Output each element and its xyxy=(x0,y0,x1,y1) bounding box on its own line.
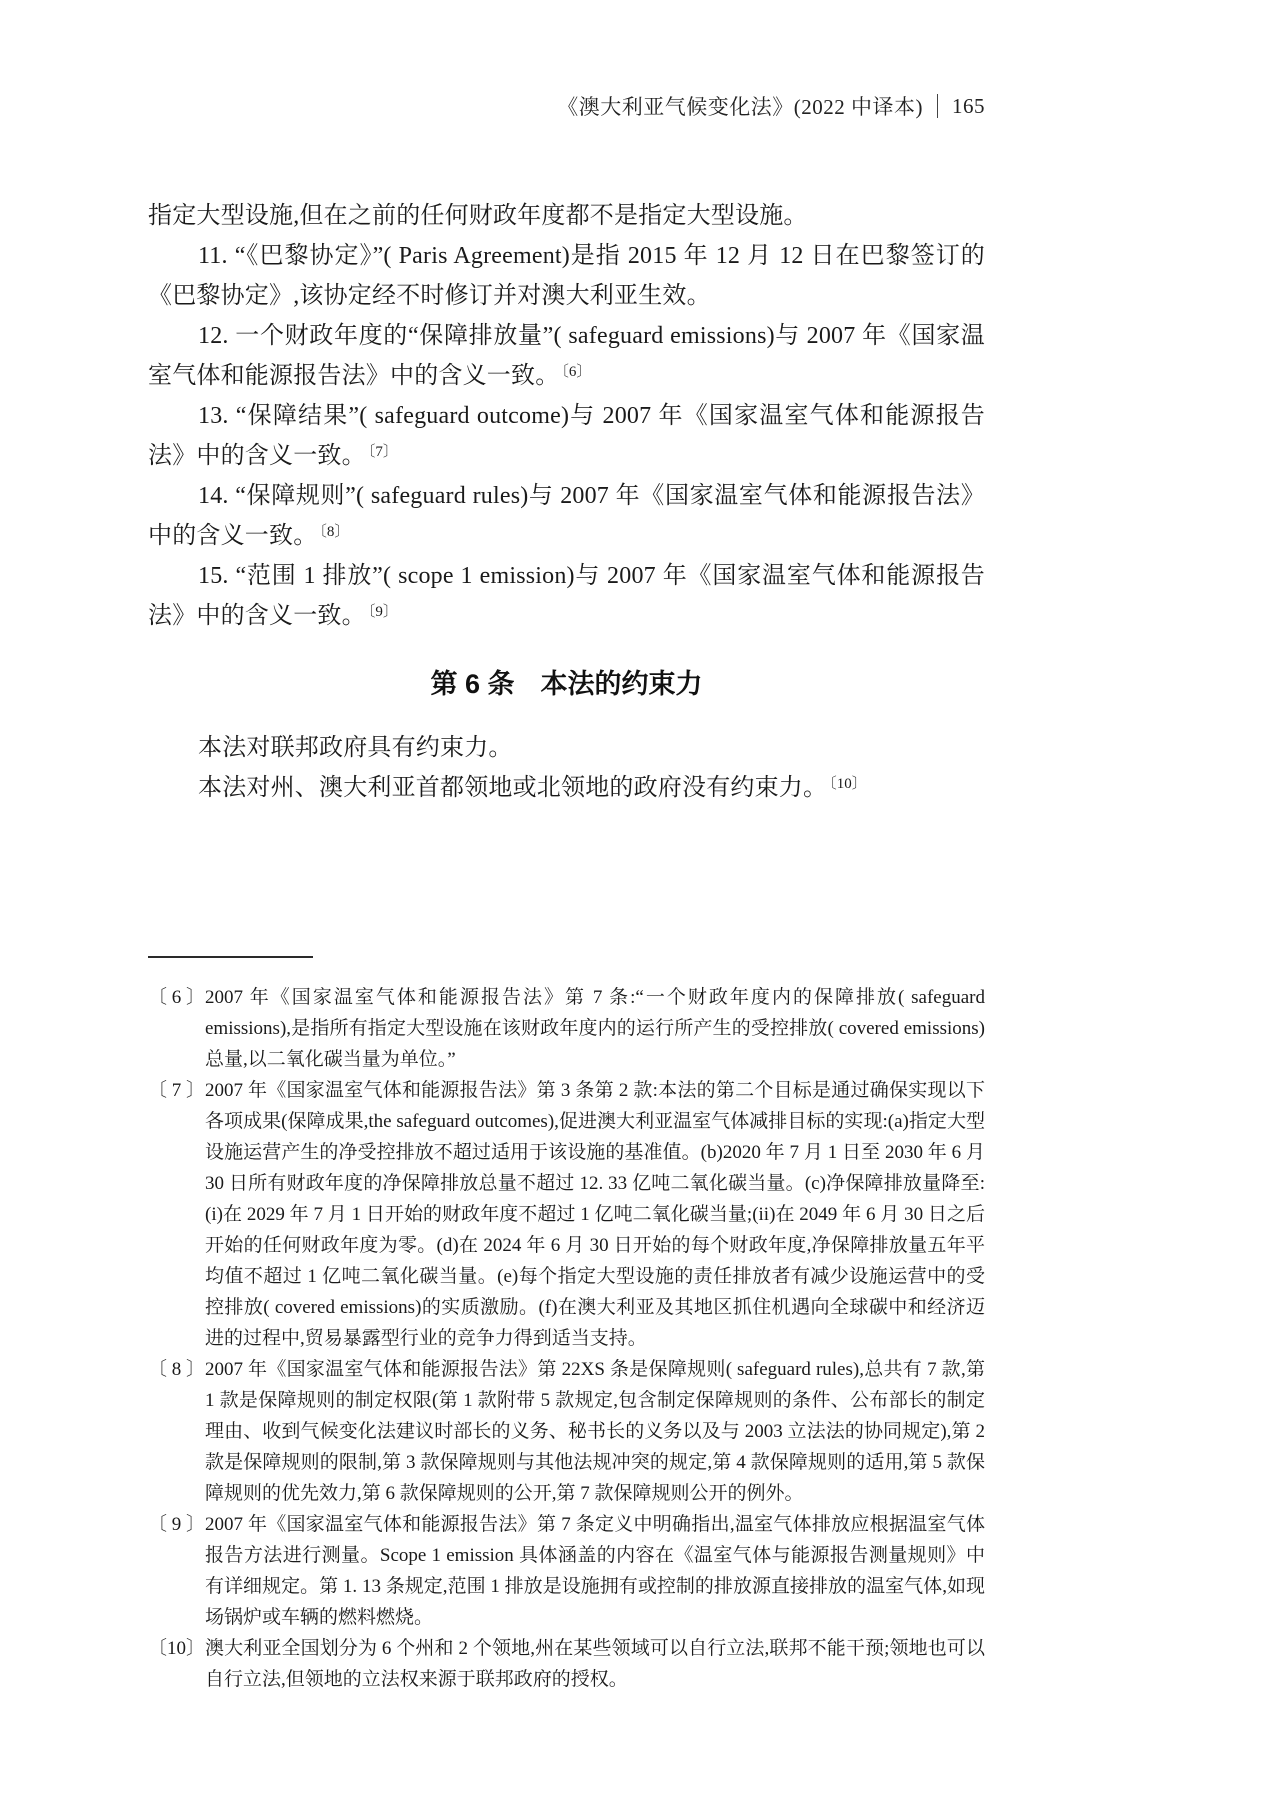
footnote-text: 2007 年《国家温室气体和能源报告法》第 7 条:“一个财政年度内的保障排放(… xyxy=(205,987,985,1070)
footnote-marker: 〔10〕 xyxy=(148,1633,205,1664)
section-paragraph-2: 本法对州、澳大利亚首都领地或北领地的政府没有约束力。〔10〕 xyxy=(148,768,985,808)
paragraph-text: 本法对联邦政府具有约束力。 xyxy=(198,735,513,761)
paragraph-text: 15. “范围 1 排放”( scope 1 emission)与 2007 年… xyxy=(148,563,985,629)
footnote-marker: 〔 8 〕 xyxy=(148,1354,205,1385)
paragraph-text: 本法对州、澳大利亚首都领地或北领地的政府没有约束力。 xyxy=(198,775,827,801)
footnote-marker: 〔 9 〕 xyxy=(148,1509,205,1540)
article-number: 第 6 条 xyxy=(430,669,514,699)
footnote-ref-7: 〔7〕 xyxy=(368,444,398,460)
footnote-item-6: 〔 6 〕 2007 年《国家温室气体和能源报告法》第 7 条:“一个财政年度内… xyxy=(148,982,985,1075)
page-number: 165 xyxy=(952,94,985,119)
article-heading: 第 6 条本法的约束力 xyxy=(148,664,985,704)
footnote-item-7: 〔 7 〕 2007 年《国家温室气体和能源报告法》第 3 条第 2 款:本法的… xyxy=(148,1075,985,1354)
footnote-text: 2007 年《国家温室气体和能源报告法》第 3 条第 2 款:本法的第二个目标是… xyxy=(205,1080,985,1349)
footnote-list: 〔 6 〕 2007 年《国家温室气体和能源报告法》第 7 条:“一个财政年度内… xyxy=(148,982,985,1695)
paragraph-item-12: 12. 一个财政年度的“保障排放量”( safeguard emissions)… xyxy=(148,316,985,396)
footnote-item-8: 〔 8 〕 2007 年《国家温室气体和能源报告法》第 22XS 条是保障规则(… xyxy=(148,1354,985,1509)
footnote-divider xyxy=(148,956,313,958)
header-divider xyxy=(937,94,938,118)
paragraph-item-11: 11. “《巴黎协定》”( Paris Agreement)是指 2015 年 … xyxy=(148,236,985,316)
footnote-item-10: 〔10〕 澳大利亚全国划分为 6 个州和 2 个领地,州在某些领域可以自行立法,… xyxy=(148,1633,985,1695)
document-page: 《澳大利亚气候变化法》(2022 中译本) 165 指定大型设施,但在之前的任何… xyxy=(0,0,1269,1804)
article-title: 本法的约束力 xyxy=(541,669,703,699)
running-header-title: 《澳大利亚气候变化法》(2022 中译本) xyxy=(557,91,923,121)
footnote-marker: 〔 7 〕 xyxy=(148,1075,205,1106)
footnote-ref-10: 〔10〕 xyxy=(829,776,867,792)
section-paragraph-1: 本法对联邦政府具有约束力。 xyxy=(148,728,985,768)
footnote-ref-6: 〔6〕 xyxy=(561,364,591,380)
footnote-text: 澳大利亚全国划分为 6 个州和 2 个领地,州在某些领域可以自行立法,联邦不能干… xyxy=(205,1638,985,1690)
footnote-text: 2007 年《国家温室气体和能源报告法》第 7 条定义中明确指出,温室气体排放应… xyxy=(205,1514,985,1628)
footnote-ref-8: 〔8〕 xyxy=(319,524,349,540)
paragraph-text: 13. “保障结果”( safeguard outcome)与 2007 年《国… xyxy=(148,403,985,469)
footnote-marker: 〔 6 〕 xyxy=(148,982,205,1013)
paragraph-text: 14. “保障规则”( safeguard rules)与 2007 年《国家温… xyxy=(148,483,985,549)
paragraph-continuation: 指定大型设施,但在之前的任何财政年度都不是指定大型设施。 xyxy=(148,196,985,236)
paragraph-text: 11. “《巴黎协定》”( Paris Agreement)是指 2015 年 … xyxy=(148,243,985,309)
footnote-ref-9: 〔9〕 xyxy=(368,604,398,620)
main-text: 指定大型设施,但在之前的任何财政年度都不是指定大型设施。 11. “《巴黎协定》… xyxy=(148,196,985,808)
paragraph-text: 指定大型设施,但在之前的任何财政年度都不是指定大型设施。 xyxy=(148,203,808,229)
running-header: 《澳大利亚气候变化法》(2022 中译本) 165 xyxy=(148,92,985,120)
paragraph-item-15: 15. “范围 1 排放”( scope 1 emission)与 2007 年… xyxy=(148,556,985,636)
footnote-item-9: 〔 9 〕 2007 年《国家温室气体和能源报告法》第 7 条定义中明确指出,温… xyxy=(148,1509,985,1633)
paragraph-item-14: 14. “保障规则”( safeguard rules)与 2007 年《国家温… xyxy=(148,476,985,556)
paragraph-item-13: 13. “保障结果”( safeguard outcome)与 2007 年《国… xyxy=(148,396,985,476)
footnote-text: 2007 年《国家温室气体和能源报告法》第 22XS 条是保障规则( safeg… xyxy=(205,1359,985,1504)
